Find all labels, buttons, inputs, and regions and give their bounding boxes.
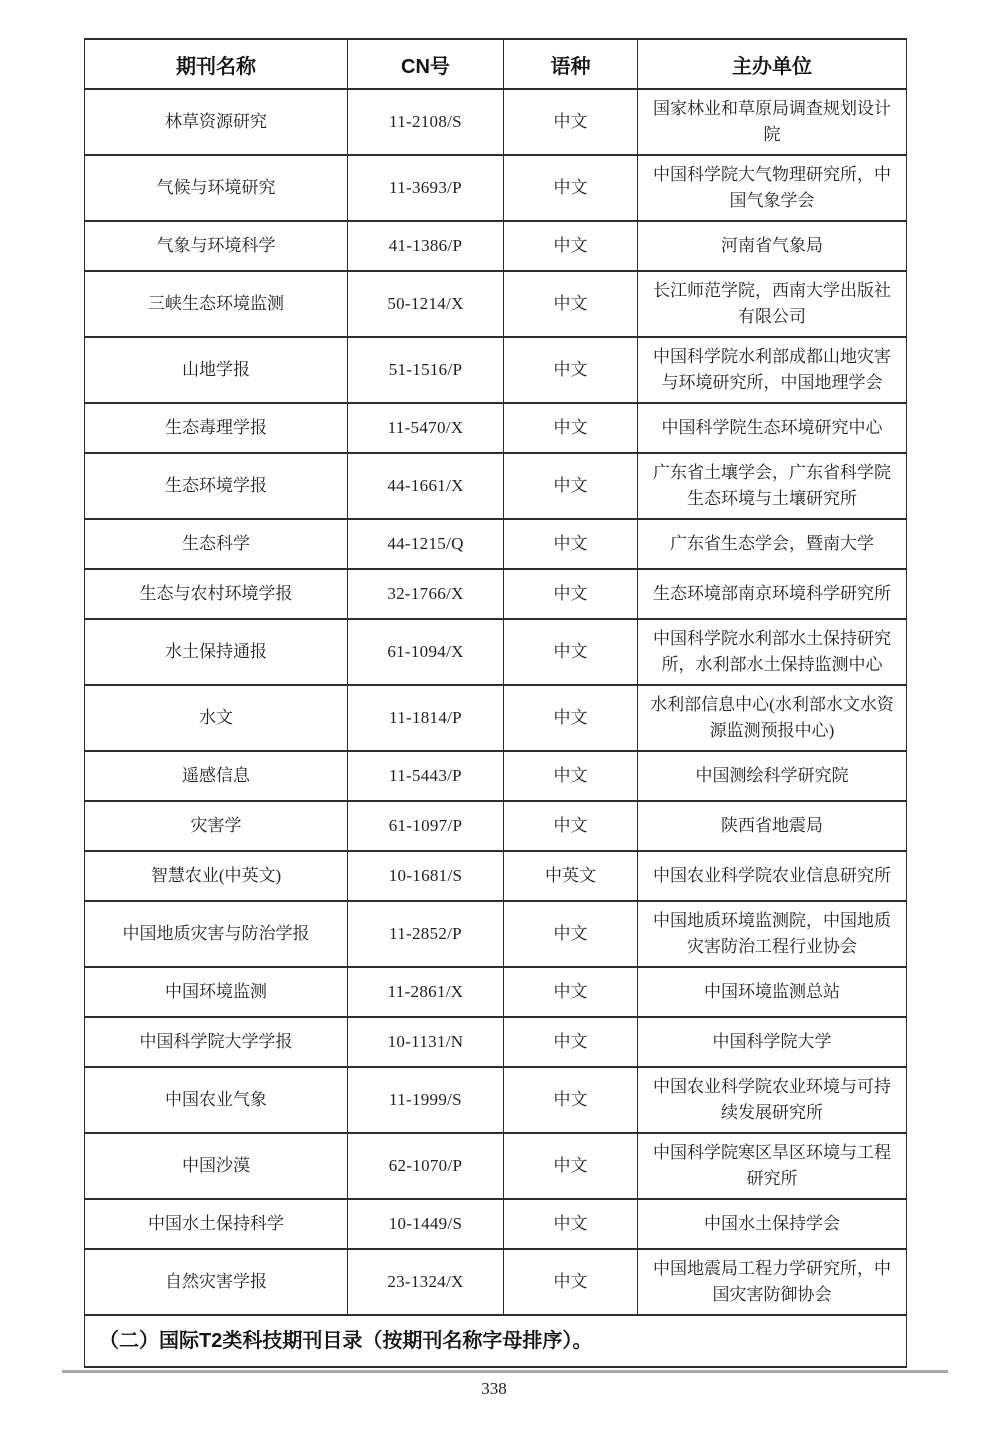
cn-number-cell: 11-2852/P (348, 901, 504, 967)
cn-number-cell: 41-1386/P (348, 221, 504, 271)
organization-cell: 中国测绘科学研究院 (638, 751, 907, 801)
column-header-cn-number: CN号 (348, 39, 504, 89)
language-cell: 中文 (504, 967, 638, 1017)
language-cell: 中文 (504, 801, 638, 851)
table-row: 自然灾害学报 23-1324/X 中文 中国地震局工程力学研究所，中国灾害防御协… (85, 1249, 907, 1315)
organization-cell: 中国科学院生态环境研究中心 (638, 403, 907, 453)
language-cell: 中文 (504, 1199, 638, 1249)
divider-line (62, 1370, 948, 1373)
table-row: 山地学报 51-1516/P 中文 中国科学院水利部成都山地灾害与环境研究所，中… (85, 337, 907, 403)
table-row: 水土保持通报 61-1094/X 中文 中国科学院水利部水土保持研究所，水利部水… (85, 619, 907, 685)
journal-table: 期刊名称 CN号 语种 主办单位 林草资源研究 11-2108/S 中文 国家林… (84, 38, 907, 1368)
organization-cell: 中国农业科学院农业信息研究所 (638, 851, 907, 901)
organization-cell: 国家林业和草原局调查规划设计院 (638, 89, 907, 155)
journal-name-cell: 生态科学 (85, 519, 348, 569)
language-cell: 中文 (504, 751, 638, 801)
journal-name-cell: 三峡生态环境监测 (85, 271, 348, 337)
column-header-language: 语种 (504, 39, 638, 89)
organization-cell: 中国科学院水利部成都山地灾害与环境研究所，中国地理学会 (638, 337, 907, 403)
table-row: 遥感信息 11-5443/P 中文 中国测绘科学研究院 (85, 751, 907, 801)
table-row: 中国科学院大学学报 10-1131/N 中文 中国科学院大学 (85, 1017, 907, 1067)
table-row: 生态环境学报 44-1661/X 中文 广东省土壤学会，广东省科学院生态环境与土… (85, 453, 907, 519)
table-row: 生态与农村环境学报 32-1766/X 中文 生态环境部南京环境科学研究所 (85, 569, 907, 619)
organization-cell: 中国科学院水利部水土保持研究所，水利部水土保持监测中心 (638, 619, 907, 685)
cn-number-cell: 62-1070/P (348, 1133, 504, 1199)
language-cell: 中英文 (504, 851, 638, 901)
organization-cell: 河南省气象局 (638, 221, 907, 271)
organization-cell: 中国科学院大气物理研究所，中国气象学会 (638, 155, 907, 221)
journal-name-cell: 自然灾害学报 (85, 1249, 348, 1315)
table-row: 中国水土保持科学 10-1449/S 中文 中国水土保持学会 (85, 1199, 907, 1249)
cn-number-cell: 32-1766/X (348, 569, 504, 619)
cn-number-cell: 11-2861/X (348, 967, 504, 1017)
organization-cell: 中国水土保持学会 (638, 1199, 907, 1249)
cn-number-cell: 11-1814/P (348, 685, 504, 751)
journal-name-cell: 灾害学 (85, 801, 348, 851)
table-row: 生态科学 44-1215/Q 中文 广东省生态学会，暨南大学 (85, 519, 907, 569)
journal-name-cell: 水土保持通报 (85, 619, 348, 685)
language-cell: 中文 (504, 519, 638, 569)
table-row: 气象与环境科学 41-1386/P 中文 河南省气象局 (85, 221, 907, 271)
cn-number-cell: 10-1681/S (348, 851, 504, 901)
cn-number-cell: 11-5443/P (348, 751, 504, 801)
cn-number-cell: 44-1215/Q (348, 519, 504, 569)
page-number: 338 (0, 1379, 988, 1399)
organization-cell: 水利部信息中心(水利部水文水资源监测预报中心) (638, 685, 907, 751)
journal-name-cell: 生态与农村环境学报 (85, 569, 348, 619)
table-row: 中国环境监测 11-2861/X 中文 中国环境监测总站 (85, 967, 907, 1017)
journal-name-cell: 遥感信息 (85, 751, 348, 801)
table-row: 中国地质灾害与防治学报 11-2852/P 中文 中国地质环境监测院，中国地质灾… (85, 901, 907, 967)
journal-name-cell: 中国农业气象 (85, 1067, 348, 1133)
language-cell: 中文 (504, 685, 638, 751)
journal-name-cell: 中国沙漠 (85, 1133, 348, 1199)
table-row: 智慧农业(中英文) 10-1681/S 中英文 中国农业科学院农业信息研究所 (85, 851, 907, 901)
section-note-row: （二）国际T2类科技期刊目录（按期刊名称字母排序）。 (85, 1315, 907, 1367)
journal-name-cell: 中国科学院大学学报 (85, 1017, 348, 1067)
language-cell: 中文 (504, 221, 638, 271)
table-row: 林草资源研究 11-2108/S 中文 国家林业和草原局调查规划设计院 (85, 89, 907, 155)
language-cell: 中文 (504, 1249, 638, 1315)
journal-name-cell: 中国水土保持科学 (85, 1199, 348, 1249)
cn-number-cell: 23-1324/X (348, 1249, 504, 1315)
journal-name-cell: 生态环境学报 (85, 453, 348, 519)
organization-cell: 中国科学院寒区旱区环境与工程研究所 (638, 1133, 907, 1199)
organization-cell: 陕西省地震局 (638, 801, 907, 851)
journal-name-cell: 林草资源研究 (85, 89, 348, 155)
journal-name-cell: 气候与环境研究 (85, 155, 348, 221)
table-row: 三峡生态环境监测 50-1214/X 中文 长江师范学院，西南大学出版社有限公司 (85, 271, 907, 337)
table-row: 中国农业气象 11-1999/S 中文 中国农业科学院农业环境与可持续发展研究所 (85, 1067, 907, 1133)
language-cell: 中文 (504, 403, 638, 453)
language-cell: 中文 (504, 453, 638, 519)
organization-cell: 中国科学院大学 (638, 1017, 907, 1067)
organization-cell: 广东省土壤学会，广东省科学院生态环境与土壤研究所 (638, 453, 907, 519)
journal-name-cell: 气象与环境科学 (85, 221, 348, 271)
language-cell: 中文 (504, 1067, 638, 1133)
table-body: 林草资源研究 11-2108/S 中文 国家林业和草原局调查规划设计院 气候与环… (85, 89, 907, 1315)
table-row: 中国沙漠 62-1070/P 中文 中国科学院寒区旱区环境与工程研究所 (85, 1133, 907, 1199)
organization-cell: 中国环境监测总站 (638, 967, 907, 1017)
table-row: 生态毒理学报 11-5470/X 中文 中国科学院生态环境研究中心 (85, 403, 907, 453)
journal-name-cell: 中国环境监测 (85, 967, 348, 1017)
cn-number-cell: 11-1999/S (348, 1067, 504, 1133)
language-cell: 中文 (504, 1133, 638, 1199)
language-cell: 中文 (504, 1017, 638, 1067)
language-cell: 中文 (504, 271, 638, 337)
language-cell: 中文 (504, 569, 638, 619)
organization-cell: 中国地震局工程力学研究所，中国灾害防御协会 (638, 1249, 907, 1315)
language-cell: 中文 (504, 337, 638, 403)
cn-number-cell: 11-5470/X (348, 403, 504, 453)
cn-number-cell: 11-3693/P (348, 155, 504, 221)
column-header-organization: 主办单位 (638, 39, 907, 89)
language-cell: 中文 (504, 619, 638, 685)
cn-number-cell: 61-1094/X (348, 619, 504, 685)
organization-cell: 广东省生态学会，暨南大学 (638, 519, 907, 569)
document-page: 期刊名称 CN号 语种 主办单位 林草资源研究 11-2108/S 中文 国家林… (0, 0, 988, 1399)
cn-number-cell: 61-1097/P (348, 801, 504, 851)
table-row: 水文 11-1814/P 中文 水利部信息中心(水利部水文水资源监测预报中心) (85, 685, 907, 751)
journal-name-cell: 中国地质灾害与防治学报 (85, 901, 348, 967)
header-row: 期刊名称 CN号 语种 主办单位 (85, 39, 907, 89)
column-header-journal-name: 期刊名称 (85, 39, 348, 89)
cn-number-cell: 11-2108/S (348, 89, 504, 155)
table-row: 灾害学 61-1097/P 中文 陕西省地震局 (85, 801, 907, 851)
journal-name-cell: 智慧农业(中英文) (85, 851, 348, 901)
language-cell: 中文 (504, 155, 638, 221)
language-cell: 中文 (504, 89, 638, 155)
organization-cell: 中国地质环境监测院，中国地质灾害防治工程行业协会 (638, 901, 907, 967)
cn-number-cell: 44-1661/X (348, 453, 504, 519)
journal-name-cell: 生态毒理学报 (85, 403, 348, 453)
cn-number-cell: 50-1214/X (348, 271, 504, 337)
organization-cell: 中国农业科学院农业环境与可持续发展研究所 (638, 1067, 907, 1133)
organization-cell: 生态环境部南京环境科学研究所 (638, 569, 907, 619)
language-cell: 中文 (504, 901, 638, 967)
section-note: （二）国际T2类科技期刊目录（按期刊名称字母排序）。 (85, 1315, 907, 1367)
cn-number-cell: 51-1516/P (348, 337, 504, 403)
cn-number-cell: 10-1449/S (348, 1199, 504, 1249)
cn-number-cell: 10-1131/N (348, 1017, 504, 1067)
table-row: 气候与环境研究 11-3693/P 中文 中国科学院大气物理研究所，中国气象学会 (85, 155, 907, 221)
journal-name-cell: 水文 (85, 685, 348, 751)
journal-name-cell: 山地学报 (85, 337, 348, 403)
organization-cell: 长江师范学院，西南大学出版社有限公司 (638, 271, 907, 337)
